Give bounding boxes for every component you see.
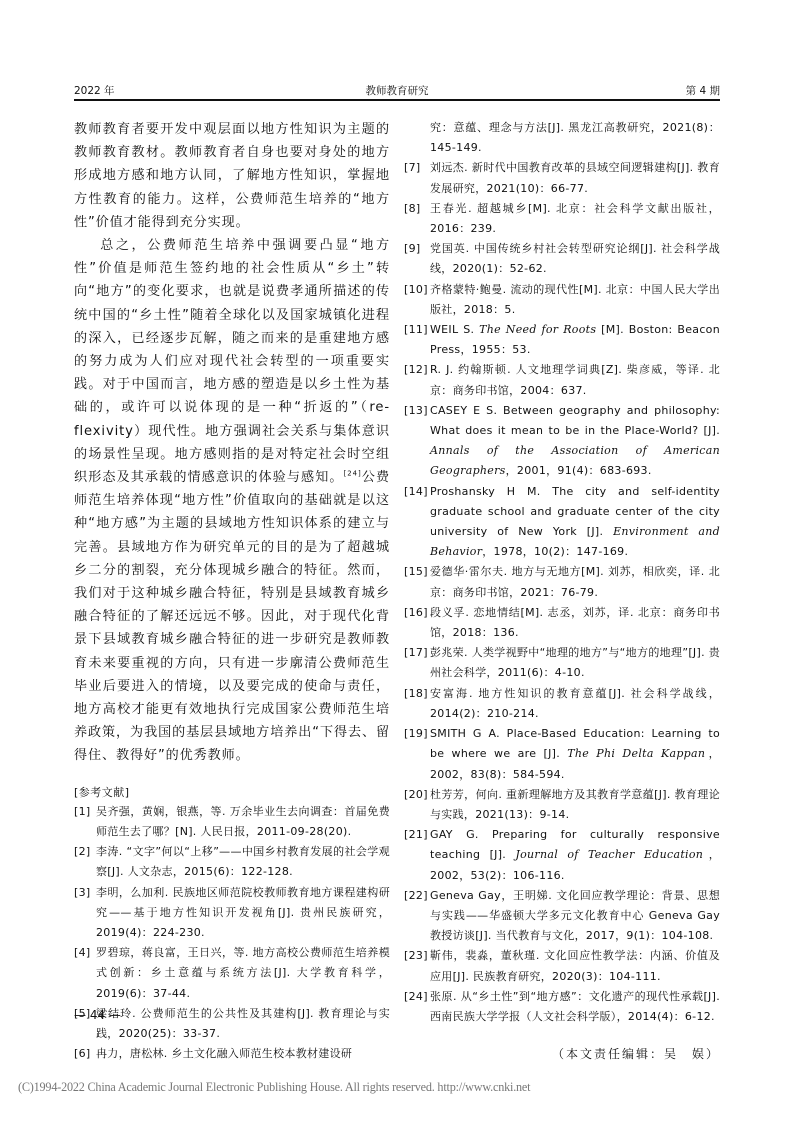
right-column: 究：意蕴、理念与方法[J]. 黑龙江高教研究，2021(8)：145-149. …	[404, 118, 720, 1062]
reference-item: [10]齐格蒙特·鲍曼. 流动的现代性[M]. 北京：中国人民大学出版社，201…	[404, 280, 720, 320]
header-issue: 第 4 期	[686, 83, 720, 98]
reference-item: [2]李涛. “文字”何以“上移”——中国乡村教育发展的社会学观察[J]. 人文…	[74, 842, 390, 882]
reference-item: [18]安富海. 地方性知识的教育意蕴[J]. 社会科学战线，2014(2)：2…	[404, 684, 720, 724]
reference-item: [11]WEIL S. The Need for Roots [M]. Bost…	[404, 320, 720, 360]
citation-superscript: [24]	[344, 470, 362, 478]
reference-item: [15]爱德华·雷尔夫. 地方与无地方[M]. 刘苏，相欣奕，译. 北京：商务印…	[404, 562, 720, 602]
reference-item: [12]R. J. 约翰斯顿. 人文地理学词典[Z]. 柴彦威，等译. 北京：商…	[404, 360, 720, 400]
reference-item: [20]杜芳芳，何向. 重新理解地方及其教育学意蕴[J]. 教育理论与实践，20…	[404, 785, 720, 825]
reference-item: [4]罗碧琼，蒋良富，王日兴，等. 地方高校公费师范生培养模式创新：乡土意蕴与系…	[74, 943, 390, 1004]
reference-item: [23]靳伟，裴淼，董秋瑾. 文化回应性教学法：内涵、价值及应用[J]. 民族教…	[404, 946, 720, 986]
reference-item: [9]党国英. 中国传统乡村社会转型研究论纲[J]. 社会科学战线，2020(1…	[404, 239, 720, 279]
reference-item: [14]Proshansky H M. The city and self-id…	[404, 482, 720, 563]
reference-item: [21]GAY G. Preparing for culturally resp…	[404, 825, 720, 886]
body-paragraph-2: 总之，公费师范生培养中强调要凸显“地方性”价值是师范生签约地的社会性质从“乡土”…	[74, 234, 390, 768]
body-paragraph-2-text: 总之，公费师范生培养中强调要凸显“地方性”价值是师范生签约地的社会性质从“乡土”…	[74, 238, 390, 485]
reference-item: [7]刘远杰. 新时代中国教育改革的县域空间逻辑建构[J]. 教育发展研究，20…	[404, 158, 720, 198]
reference-item: [19]SMITH G A. Place-Based Education: Le…	[404, 724, 720, 785]
reference-item: [5]梁结玲. 公费师范生的公共性及其建构[J]. 教育理论与实践，2020(2…	[74, 1004, 390, 1044]
body-paragraph-1: 教师教育者要开发中观层面以地方性知识为主题的教师教育教材。教师教育者自身也要对身…	[74, 118, 390, 234]
references-heading: [参考文献]	[74, 784, 390, 802]
header-journal-title: 教师教育研究	[74, 83, 720, 98]
copyright-footer: (C)1994-2022 China Academic Journal Elec…	[18, 1080, 530, 1095]
reference-item: [17]彭兆荣. 人类学视野中“地理的地方”与“地方的地理”[J]. 贵州社会科…	[404, 643, 720, 683]
reference-item: [16]段义孚. 恋地情结[M]. 志丞，刘苏，译. 北京：商务印书馆，2018…	[404, 603, 720, 643]
header-rule	[74, 99, 720, 101]
page-number: — 44 —	[74, 1008, 121, 1022]
reference-item: [24]张原. 从“乡土性”到“地方感”：文化遗产的现代性承载[J]. 西南民族…	[404, 987, 720, 1027]
reference-item: [8]王春光. 超越城乡[M]. 北京：社会科学文献出版社，2016：239.	[404, 199, 720, 239]
reference-item: [3]李明，么加利. 民族地区师范院校教师教育地方课程建构研究——基于地方性知识…	[74, 883, 390, 944]
running-header: 2022 年 教师教育研究 第 4 期	[74, 83, 720, 99]
reference-item: [13]CASEY E S. Between geography and phi…	[404, 401, 720, 482]
references-list-left: [1]吴齐强，黄娴，银燕，等. 万余毕业生去向调查：首届免费师范生去了哪？[N]…	[74, 802, 390, 1065]
reference-item-continued: 究：意蕴、理念与方法[J]. 黑龙江高教研究，2021(8)：145-149.	[404, 118, 720, 158]
reference-item: [6]冉力，唐松林. 乡土文化融入师范生校本教材建设研	[74, 1044, 390, 1064]
responsible-editor-note: （本文责任编辑：吴 娱）	[404, 1045, 720, 1062]
reference-item: [22]Geneva Gay，王明娣. 文化回应教学理论：背景、思想与实践——华…	[404, 886, 720, 947]
body-paragraph-2-cont: 公费师范生培养体现“地方性”价值取向的基础就是以这种“地方感”为主题的县域地方性…	[74, 470, 390, 763]
left-column: 教师教育者要开发中观层面以地方性知识为主题的教师教育教材。教师教育者自身也要对身…	[74, 118, 390, 1064]
reference-item: [1]吴齐强，黄娴，银燕，等. 万余毕业生去向调查：首届免费师范生去了哪？[N]…	[74, 802, 390, 842]
